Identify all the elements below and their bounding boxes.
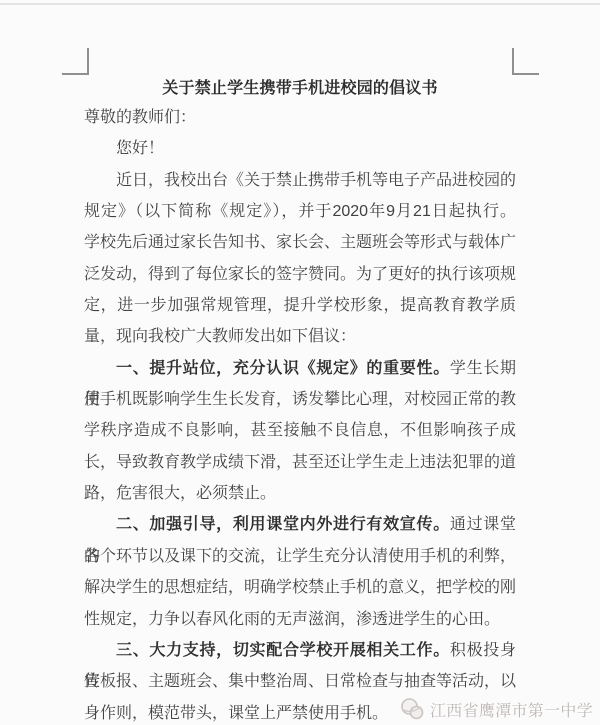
- document-line: 路，危害很大，必须禁止。: [84, 478, 516, 509]
- document-line: 学秩序造成不良影响，甚至接触不良信息，不但影响孩子成: [84, 415, 516, 446]
- document-line: 尊敬的教师们：: [84, 102, 516, 133]
- top-divider: [0, 3, 600, 5]
- document-line: 学校先后通过家长告知书、家长会、主题班会等形式与载体广: [84, 227, 516, 258]
- document-line: 您好！: [84, 133, 516, 164]
- document-body: 尊敬的教师们：您好！近日，我校出台《关于禁止携带手机等电子产品进校园的规定》（以…: [84, 102, 516, 725]
- watermark: 江西省鹰潭市第一中学: [399, 697, 593, 721]
- document-page: 关于禁止学生携带手机进校园的倡议书 尊敬的教师们：您好！近日，我校出台《关于禁止…: [0, 0, 600, 725]
- document-line: 传板报、主题班会、集中整治周、日常检查与抽查等活动，以: [84, 666, 516, 697]
- document-line: 性规定，力争以春风化雨的无声滋润，渗透进学生的心田。: [84, 604, 516, 635]
- document-line: 三、大力支持，切实配合学校开展相关工作。积极投身宣: [84, 635, 516, 666]
- document-title: 关于禁止学生携带手机进校园的倡议书: [0, 75, 600, 98]
- document-line: 规定》（以下简称《规定》），并于2020年9月21日起执行。: [84, 196, 516, 227]
- document-line: 一、提升站位，充分认识《规定》的重要性。学生长期使: [84, 353, 516, 384]
- document-line: 解决学生的思想症结，明确学校禁止手机的意义，把学校的刚: [84, 572, 516, 603]
- document-line: 量，现向我校广大教师发出如下倡议：: [84, 321, 516, 352]
- page-margin-mark-right: [512, 48, 539, 75]
- document-line: 长，导致教育教学成绩下滑，甚至还让学生走上违法犯罪的道: [84, 447, 516, 478]
- document-line: 各个环节以及课下的交流，让学生充分认清使用手机的利弊，: [84, 541, 516, 572]
- document-line: 用手机既影响学生生长发育，诱发攀比心理，对校园正常的教: [84, 384, 516, 415]
- document-line: 二、加强引导，利用课堂内外进行有效宣传。通过课堂的: [84, 509, 516, 540]
- page-margin-mark-left: [62, 48, 89, 75]
- document-line: 近日，我校出台《关于禁止携带手机等电子产品进校园的: [84, 165, 516, 196]
- school-emblem-icon: [399, 697, 427, 721]
- watermark-text: 江西省鹰潭市第一中学: [430, 698, 593, 721]
- document-line: 定，进一步加强常规管理，提升学校形象，提高教育教学质: [84, 290, 516, 321]
- document-line: 泛发动，得到了每位家长的签字赞同。为了更好的执行该项规: [84, 259, 516, 290]
